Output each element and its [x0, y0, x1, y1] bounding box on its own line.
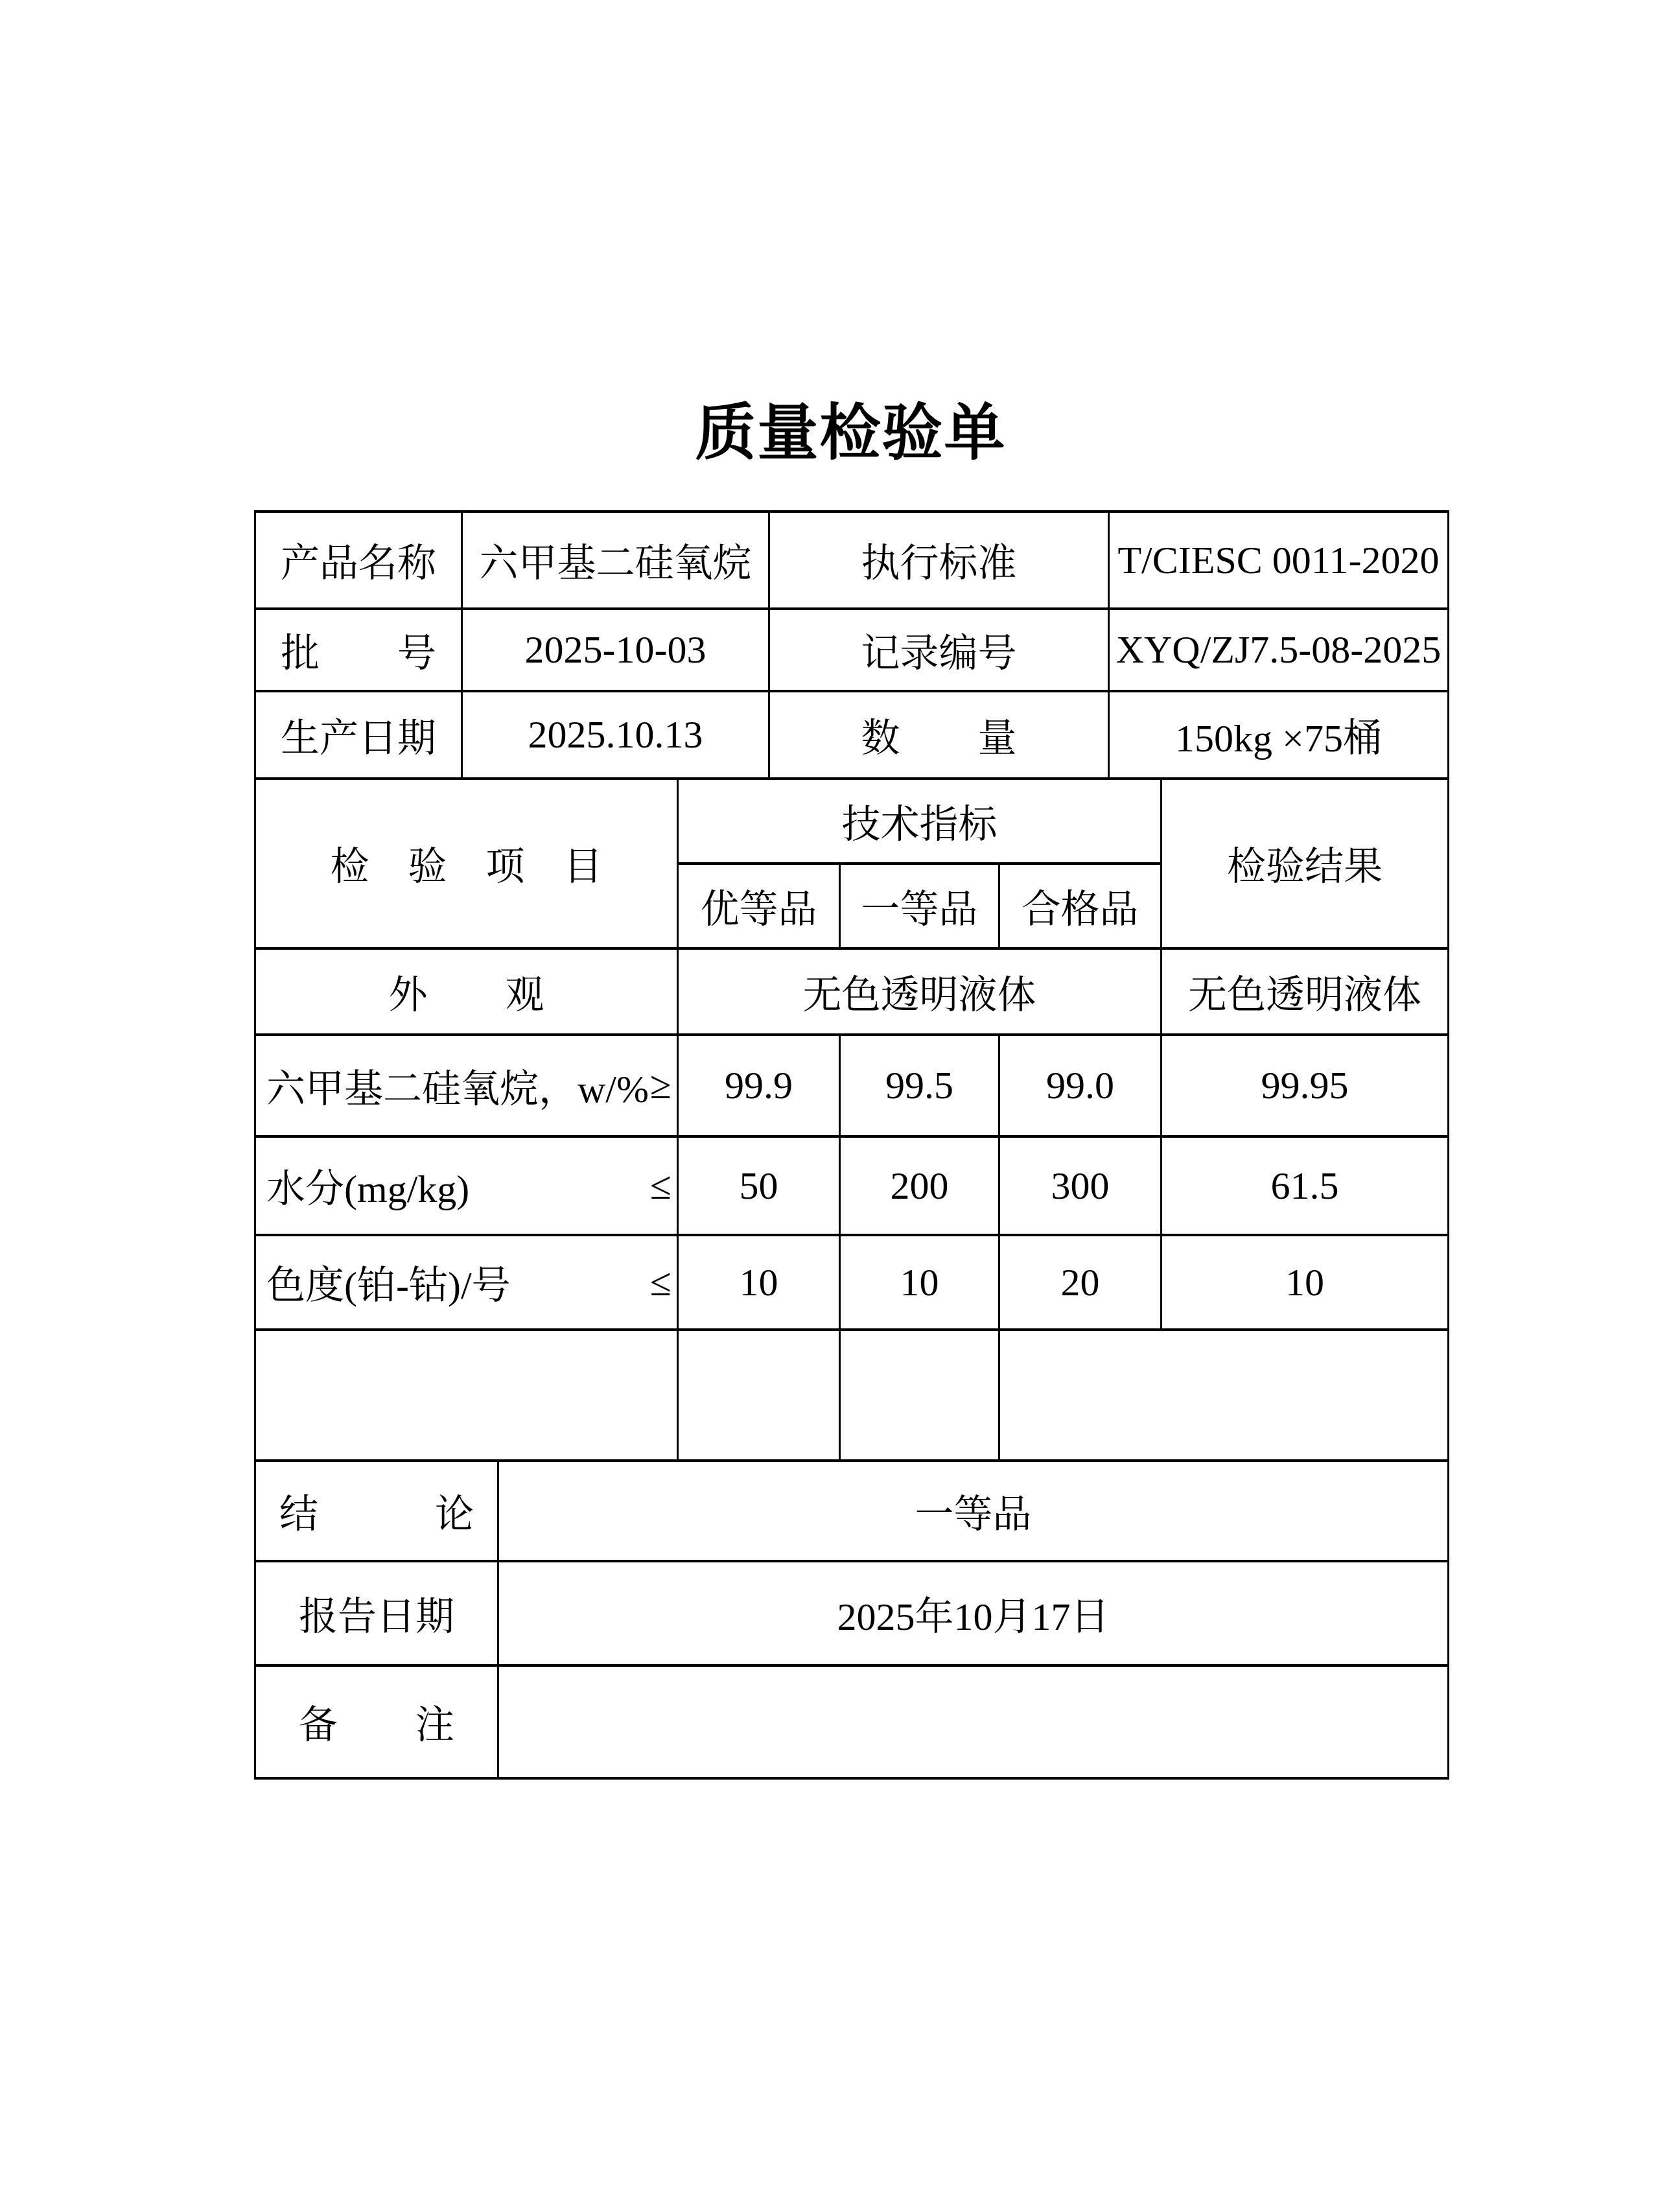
inspection-result-header: 检验结果	[1162, 779, 1449, 948]
production-date-label: 生产日期	[255, 691, 462, 779]
spec-value-first: 99.5	[840, 1035, 999, 1136]
record-no-label: 记录编号	[769, 609, 1109, 691]
tech-spec-header: 技术指标	[678, 779, 1162, 864]
less-equal-operator: ≤	[650, 1164, 671, 1208]
table-row: 色度(铂-钴)/号 ≤ 10 10 20 10	[255, 1235, 1449, 1330]
appearance-label: 外 观	[255, 948, 678, 1035]
grade-qualified-header: 合格品	[999, 864, 1162, 948]
appearance-result: 无色透明液体	[1162, 948, 1449, 1035]
spec-row-label: 色度(铂-钴)/号 ≤	[255, 1235, 678, 1330]
grade-premium-header: 优等品	[678, 864, 840, 948]
table-row: 批 号 2025-10-03 记录编号 XYQ/ZJ7.5-08-2025	[255, 609, 1449, 691]
spec-value-premium: 50	[678, 1136, 840, 1235]
product-name-value: 六甲基二硅氧烷	[462, 512, 769, 609]
product-name-label: 产品名称	[255, 512, 462, 609]
less-equal-operator: ≤	[650, 1260, 671, 1305]
appearance-spec: 无色透明液体	[678, 948, 1162, 1035]
report-date-value: 2025年10月17日	[498, 1561, 1449, 1665]
table-row: 产品名称 六甲基二硅氧烷 执行标准 T/CIESC 0011-2020	[255, 512, 1449, 609]
spec-row-label: 六甲基二硅氧烷，w/% ≥	[255, 1035, 678, 1136]
spec-value-first: 10	[840, 1235, 999, 1330]
spec-value-first: 200	[840, 1136, 999, 1235]
quantity-label: 数 量	[769, 691, 1109, 779]
inspection-item-header: 检 验 项 目	[255, 779, 678, 948]
spec-row-name: 水分(mg/kg)	[266, 1158, 469, 1214]
spec-result: 10	[1162, 1235, 1449, 1330]
spec-result: 61.5	[1162, 1136, 1449, 1235]
quantity-value: 150kg ×75桶	[1109, 691, 1449, 779]
batch-no-value: 2025-10-03	[462, 609, 769, 691]
table-header-row: 检 验 项 目 技术指标 检验结果	[255, 779, 1449, 864]
conclusion-value: 一等品	[498, 1461, 1449, 1561]
batch-no-label: 批 号	[255, 609, 462, 691]
table-row: 外 观 无色透明液体 无色透明液体	[255, 948, 1449, 1035]
empty-cell	[840, 1330, 999, 1461]
spec-row-name: 色度(铂-钴)/号	[266, 1254, 511, 1310]
spec-value-qualified: 99.0	[999, 1035, 1162, 1136]
table-row: 报告日期 2025年10月17日	[255, 1561, 1449, 1665]
empty-cell	[255, 1330, 678, 1461]
quality-inspection-table: 产品名称 六甲基二硅氧烷 执行标准 T/CIESC 0011-2020 批 号 …	[254, 510, 1449, 1780]
table-row: 备 注	[255, 1665, 1449, 1778]
empty-row	[255, 1330, 1449, 1461]
table-row: 结 论 一等品	[255, 1461, 1449, 1561]
table-row: 六甲基二硅氧烷，w/% ≥ 99.9 99.5 99.0 99.95	[255, 1035, 1449, 1136]
standard-value: T/CIESC 0011-2020	[1109, 512, 1449, 609]
spec-row-name: 六甲基二硅氧烷，w/%	[266, 1058, 649, 1114]
spec-value-qualified: 300	[999, 1136, 1162, 1235]
spec-result: 99.95	[1162, 1035, 1449, 1136]
grade-first-header: 一等品	[840, 864, 999, 948]
production-date-value: 2025.10.13	[462, 691, 769, 779]
greater-equal-operator: ≥	[650, 1063, 671, 1108]
spec-value-qualified: 20	[999, 1235, 1162, 1330]
remarks-value	[498, 1665, 1449, 1778]
record-no-value: XYQ/ZJ7.5-08-2025	[1109, 609, 1449, 691]
standard-label: 执行标准	[769, 512, 1109, 609]
empty-cell	[678, 1330, 840, 1461]
page-title: 质量检验单	[254, 384, 1447, 471]
table-row: 生产日期 2025.10.13 数 量 150kg ×75桶	[255, 691, 1449, 779]
table-row: 水分(mg/kg) ≤ 50 200 300 61.5	[255, 1136, 1449, 1235]
spec-row-label: 水分(mg/kg) ≤	[255, 1136, 678, 1235]
spec-value-premium: 99.9	[678, 1035, 840, 1136]
report-date-label: 报告日期	[255, 1561, 498, 1665]
spec-value-premium: 10	[678, 1235, 840, 1330]
conclusion-label: 结 论	[255, 1461, 498, 1561]
remarks-label: 备 注	[255, 1665, 498, 1778]
empty-cell	[999, 1330, 1449, 1461]
